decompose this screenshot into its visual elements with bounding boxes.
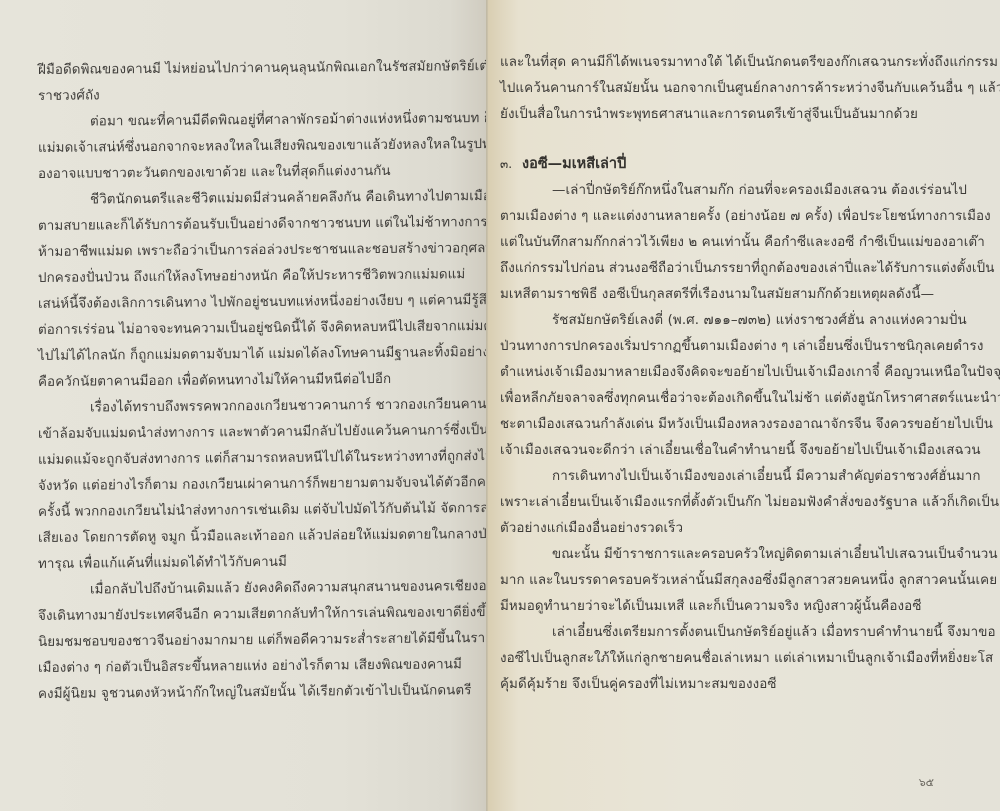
text-line: องอาจแบบชาวตะวันตกของเขาด้วย และในที่สุด… — [38, 158, 488, 188]
text-line: ครั้งนี้ พวกกองเกวียนไม่นำส่งทางการเช่นเ… — [38, 496, 488, 526]
text-line: นิยมชมชอบของชาวจีนอย่างมากมาย แต่ก็พอดีค… — [38, 626, 488, 656]
text-line: ตัวอย่างแก่เมืองอื่นอย่างรวดเร็ว — [500, 516, 1000, 542]
text-line: ถึงแก่กรรมไปก่อน ส่วนงอซีถือว่าเป็นภรรยา… — [500, 256, 1000, 282]
text-line: มาก และในบรรดาครอบครัวเหล่านั้นมีสกุลงอซ… — [500, 568, 1000, 594]
text-line: แต่ในบันทึกสามก๊กกล่าวไว้เพียง ๒ คนเท่าน… — [500, 230, 1000, 256]
page-number: ๖๕ — [919, 773, 934, 791]
text-line: เจ้าเมืองเสฉวนจะดีกว่า เล่าเอี๋ยนเชื่อใน… — [500, 438, 1000, 464]
text-line: เรื่องได้ทราบถึงพรรคพวกกองเกวียนชาวคานกา… — [38, 392, 488, 422]
text-line: การเดินทางไปเป็นเจ้าเมืองของเล่าเอี๋ยนนี… — [500, 464, 1000, 490]
text-line: รัชสมัยกษัตริย์เลงตี่ (พ.ศ. ๗๑๑–๗๓๒) แห่… — [500, 308, 1000, 334]
text-line: ต่อการเร่ร่อน ไม่อาจจะทนความเป็นอยู่ชนิด… — [38, 314, 488, 344]
text-line: แม่มดเจ้าเสน่ห์ซึ่งนอกจากจะหลงใหลในเสียง… — [38, 132, 488, 162]
right-intro-paragraph: และในที่สุด คานมีก็ได้พเนจรมาทางใต้ ได้เ… — [500, 50, 1000, 128]
text-line: ขณะนั้น มีข้าราชการและครอบครัวใหญ่ติดตาม… — [500, 542, 1000, 568]
text-line: เสียเอง โดยการตัดหู จมูก นิ้วมือและเท้าอ… — [38, 522, 488, 552]
text-line: ฝีมือดีดพิณของคานมี ไม่หย่อนไปกว่าคานคุน… — [38, 54, 488, 84]
text-line: แม่มดแม้จะถูกจับส่งทางการ แต่ก็สามารถหลบ… — [38, 444, 488, 474]
text-line: เพื่อหลีกภัยจลาจลซึ่งทุกคนเชื่อว่าจะต้อง… — [500, 386, 1000, 412]
text-line: เข้าล้อมจับแม่มดนำส่งทางการ และพาตัวคานม… — [38, 418, 488, 448]
text-line: งอซีไปเป็นลูกสะใภ้ให้แก่ลูกชายคนชื่อเล่า… — [500, 646, 1000, 672]
right-page: และในที่สุด คานมีก็ได้พเนจรมาทางใต้ ได้เ… — [488, 0, 1000, 811]
text-line: เสน่ห์นี้จึงต้องเลิกการเดินทาง ไปพักอยู่… — [38, 288, 488, 318]
text-line: มเหสีตามราชพิธี งอซีเป็นกุลสตรีที่เรืองน… — [500, 282, 1000, 308]
text-line: ชะตาเมืองเสฉวนกำลังเด่น มีหวังเป็นเมืองห… — [500, 412, 1000, 438]
text-line: —เล่าปี่กษัตริย์ก๊กหนึ่งในสามก๊ก ก่อนที่… — [500, 178, 1000, 204]
text-line: จึงเดินทางมายังประเทศจีนอีก ความเสียตากล… — [38, 600, 488, 630]
text-line: ราชวงศ์ถัง — [38, 80, 488, 110]
book-spread: ฝีมือดีดพิณของคานมี ไม่หย่อนไปกว่าคานคุน… — [0, 0, 1000, 811]
section-title-text: งอซี—มเหสีเล่าปี่ — [522, 156, 626, 172]
text-line: คงมีผู้นิยม จูชวนตงหัวหน้าก๊กใหญ่ในสมัยน… — [38, 678, 488, 708]
text-line: คุ้มดีคุ้มร้าย จึงเป็นคู่ครองที่ไม่เหมาะ… — [500, 672, 1000, 698]
section-heading: ๓.งอซี—มเหสีเล่าปี่ — [500, 150, 1000, 178]
text-line: ห้ามอาชีพแม่มด เพราะถือว่าเป็นการล่อล่วง… — [38, 236, 488, 266]
text-line: มีหมอดูทำนายว่าจะได้เป็นมเหสี และก็เป็นค… — [500, 594, 1000, 620]
text-line: ปกครองปั่นป่วน ถึงแก่ให้ลงโทษอย่างหนัก ค… — [38, 262, 488, 292]
text-line: ไปไม่ได้ไกลนัก ก็ถูกแม่มดตามจับมาได้ แม่… — [38, 340, 488, 370]
text-line: ชีวิตนักดนตรีและชีวิตแม่มดมีส่วนคล้ายคลึ… — [38, 184, 488, 214]
text-line: เมืองต่าง ๆ ก่อตัวเป็นอิสระขึ้นหลายแห่ง … — [38, 652, 488, 682]
text-line: ทารุณ เพื่อแก้แค้นที่แม่มดได้ทำไว้กับคาน… — [38, 548, 488, 578]
text-line: ต่อมา ขณะที่คานมีดีดพิณอยู่ที่ศาลาพักรอม… — [38, 106, 488, 136]
text-line: ตามสบายและก็ได้รับการต้อนรับเป็นอย่างดีจ… — [38, 210, 488, 240]
text-line: คือควักนัยตาคานมีออก เพื่อตัดหนทางไม่ให้… — [38, 366, 488, 396]
text-line: เพราะเล่าเอี๋ยนเป็นเจ้าเมืองแรกที่ตั้งตั… — [500, 490, 1000, 516]
text-line: ตามเมืองต่าง ๆ และแต่งงานหลายครั้ง (อย่า… — [500, 204, 1000, 230]
text-line: และในที่สุด คานมีก็ได้พเนจรมาทางใต้ ได้เ… — [500, 50, 1000, 76]
text-line: ตำแหน่งเจ้าเมืองมาหลายเมืองจึงคิดจะขอย้า… — [500, 360, 1000, 386]
right-body-text: —เล่าปี่กษัตริย์ก๊กหนึ่งในสามก๊ก ก่อนที่… — [500, 178, 1000, 698]
text-line: เมื่อกลับไปถึงบ้านเดิมแล้ว ยังคงคิดถึงคว… — [38, 574, 488, 604]
text-line: ป่วนทางการปกครองเริ่มปรากฏขึ้นตามเมืองต่… — [500, 334, 1000, 360]
section-number: ๓. — [500, 157, 512, 171]
text-line: ยังเป็นสื่อในการนำพระพุทธศาสนาและการดนตร… — [500, 102, 1000, 128]
left-page: ฝีมือดีดพิณของคานมี ไม่หย่อนไปกว่าคานคุน… — [0, 0, 488, 811]
text-line: ไปแคว้นคานการ์ในสมัยนั้น นอกจากเป็นศูนย์… — [500, 76, 1000, 102]
text-line: เล่าเอี๋ยนซึ่งเตรียมการตั้งตนเป็นกษัตริย… — [500, 620, 1000, 646]
text-line: จังหวัด แต่อย่างไรก็ตาม กองเกวียนเผ่าคาน… — [38, 470, 488, 500]
